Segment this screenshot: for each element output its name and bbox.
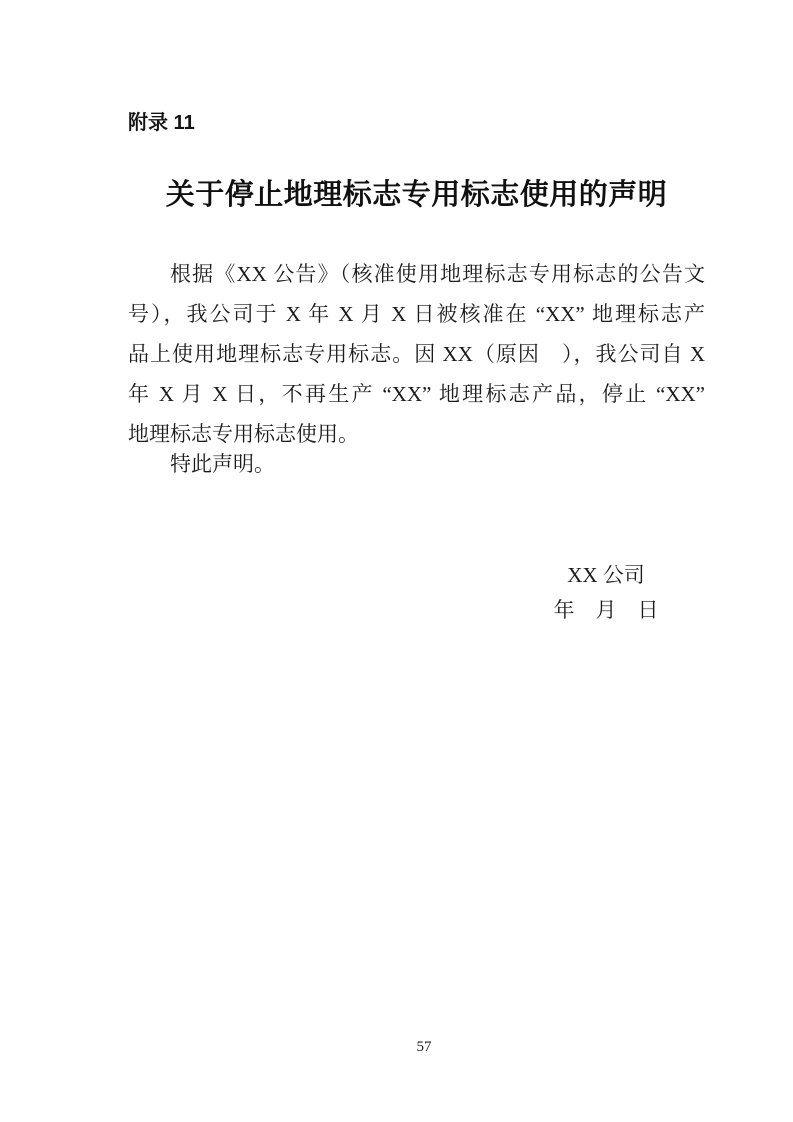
appendix-label: 附录 11 — [128, 109, 195, 137]
body-line-3: 品上使用地理标志专用标志。因 XX（原因 ），我公司自 X — [128, 334, 705, 374]
page-number: 57 — [394, 1038, 454, 1056]
body-line-2: 号），我公司于 X 年 X 月 X 日被核准在 “XX” 地理标志产 — [128, 294, 705, 334]
body-line-5: 地理标志专用标志使用。 — [128, 414, 705, 454]
document-title: 关于停止地理标志专用标志使用的声明 — [118, 176, 715, 214]
body-line-4: 年 X 月 X 日，不再生产 “XX” 地理标志产品，停止 “XX” — [128, 374, 705, 414]
closing-line: 特此声明。 — [128, 449, 705, 479]
signature-date: 年 月 日 — [536, 596, 676, 624]
body-line-1: 根据《XX 公告》（核准使用地理标志专用标志的公告文 — [128, 254, 705, 294]
document-page: 附录 11 关于停止地理标志专用标志使用的声明 根据《XX 公告》（核准使用地理… — [0, 0, 793, 1122]
signature-company: XX 公司 — [546, 561, 666, 589]
body-paragraph: 根据《XX 公告》（核准使用地理标志专用标志的公告文 号），我公司于 X 年 X… — [128, 254, 705, 454]
